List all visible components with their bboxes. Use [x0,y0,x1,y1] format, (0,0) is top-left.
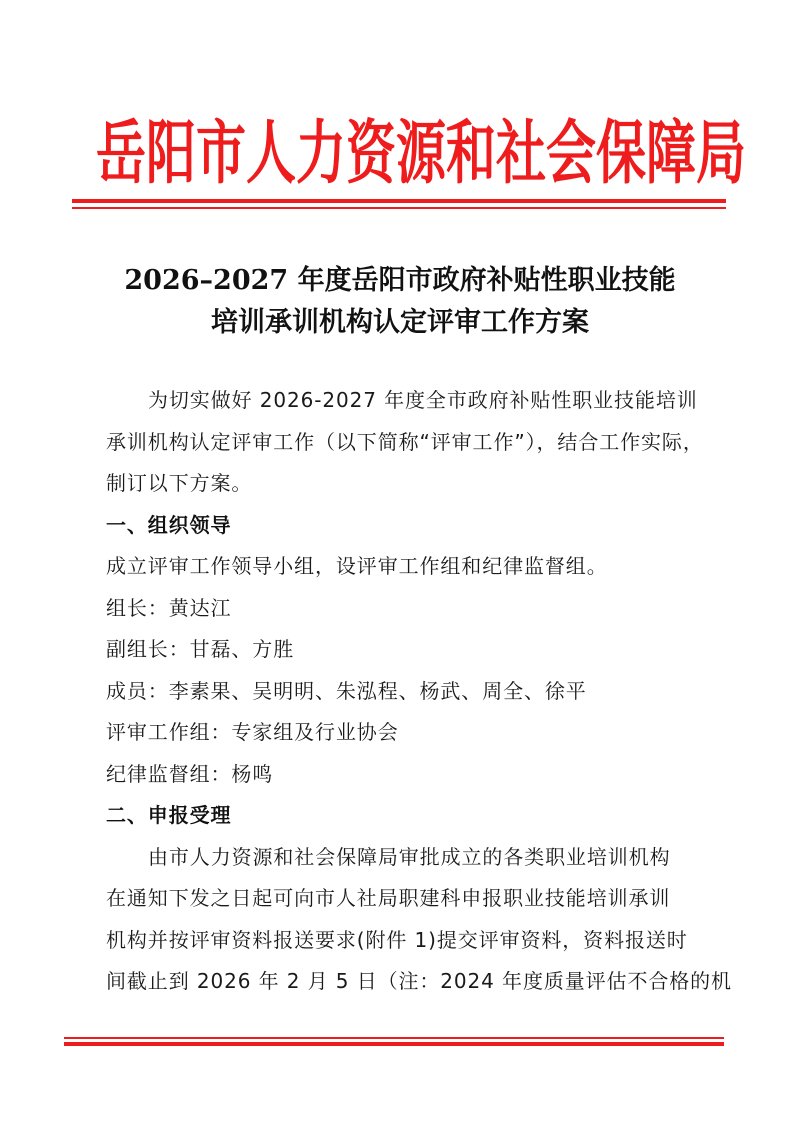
intro-paragraph: 为切实做好 2026-2027 年度全市政府补贴性职业技能培训 承训机构认定评审… [106,380,712,505]
org-item-members: 成员：李素果、吴明明、朱泓程、杨武、周全、徐平 [106,671,712,713]
org-item-leader: 组长：黄达江 [106,588,712,630]
footer-rule-thick [64,1042,724,1046]
document-title-line-1: 2026–2027 年度岳阳市政府补贴性职业技能 [80,258,720,297]
org-item-deputy-leader: 副组长：甘磊、方胜 [106,629,712,671]
letterhead-rule-thick [72,199,726,203]
application-line-1: 由市人力资源和社会保障局审批成立的各类职业培训机构 [106,837,712,879]
footer-rule-thin [64,1037,724,1039]
intro-line-1: 为切实做好 2026-2027 年度全市政府补贴性职业技能培训 [106,380,712,422]
application-line-2: 在通知下发之日起可向市人社局职建科申报职业技能培训承训 [106,878,712,920]
intro-line-3: 制订以下方案。 [106,463,712,505]
document-title-line-2: 培训承训机构认定评审工作方案 [80,300,720,339]
letterhead-rule-thin [72,207,726,209]
application-paragraph: 由市人力资源和社会保障局审批成立的各类职业培训机构 在通知下发之日起可向市人社局… [106,837,712,1003]
document-body: 为切实做好 2026-2027 年度全市政府补贴性职业技能培训 承训机构认定评审… [106,380,712,1003]
section-heading-organization: 一、组织领导 [106,505,712,547]
application-line-4: 间截止到 2026 年 2 月 5 日（注：2024 年度质量评估不合格的机 [106,961,712,1003]
org-item-group-setup: 成立评审工作领导小组，设评审工作组和纪律监督组。 [106,546,712,588]
section-heading-application: 二、申报受理 [106,795,712,837]
letterhead-title: 岳阳市人力资源和社会保障局 [96,96,706,209]
application-line-3: 机构并按评审资料报送要求(附件 1)提交评审资料，资料报送时 [106,920,712,962]
org-item-review-group: 评审工作组：专家组及行业协会 [106,712,712,754]
org-item-discipline-group: 纪律监督组：杨鸣 [106,754,712,796]
intro-line-2: 承训机构认定评审工作（以下简称“评审工作”），结合工作实际， [106,422,712,464]
